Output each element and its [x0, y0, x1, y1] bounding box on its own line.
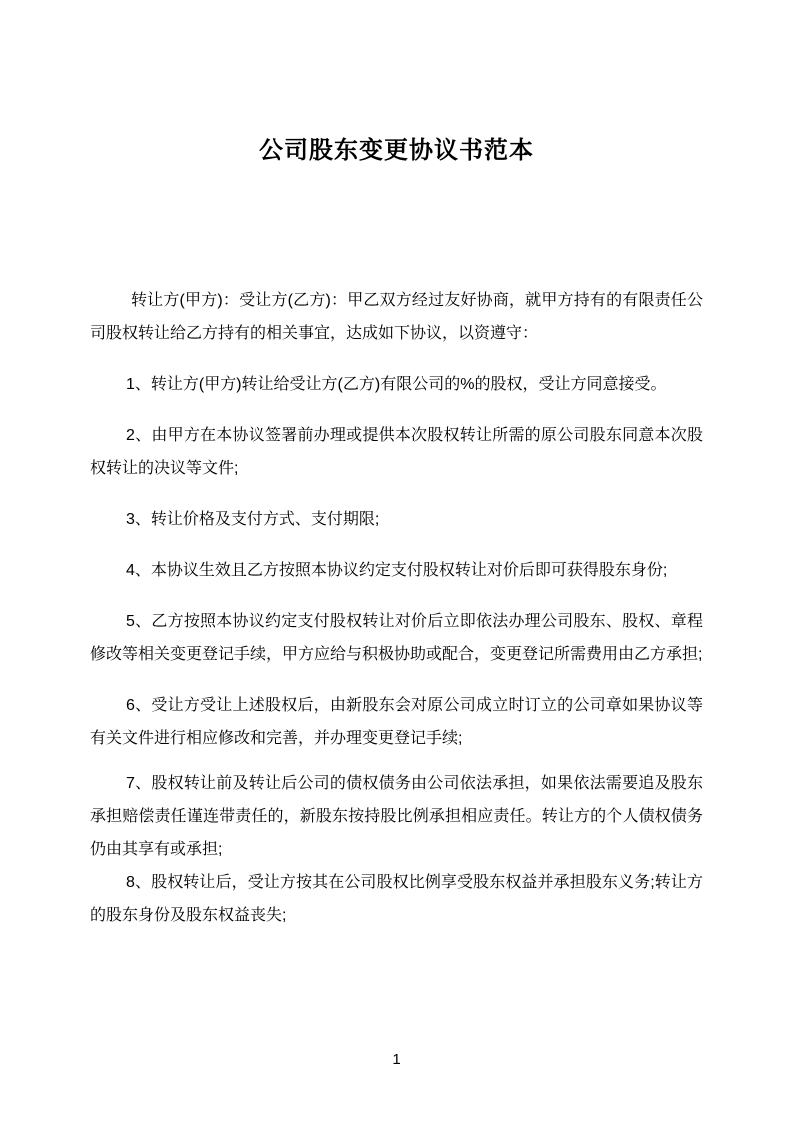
intro-paragraph: 转让方(甲方)：受让方(乙方)：甲乙双方经过友好协商，就甲方持有的有限责任公司股… [90, 284, 703, 350]
clause-paragraph-1: 1、转让方(甲方)转让给受让方(乙方)有限公司的%的股权，受让方同意接受。 [90, 368, 703, 401]
document-body: 转让方(甲方)：受让方(乙方)：甲乙双方经过友好协商，就甲方持有的有限责任公司股… [90, 284, 703, 932]
clause-paragraph-5: 5、乙方按照本协议约定支付股权转让对价后立即依法办理公司股东、股权、章程修改等相… [90, 605, 703, 671]
clause-paragraph-4: 4、本协议生效且乙方按照本协议约定支付股权转让对价后即可获得股东身份; [90, 554, 703, 587]
clause-paragraph-7: 7、股权转让前及转让后公司的债权债务由公司依法承担，如果依法需要追及股东承担赔偿… [90, 767, 703, 866]
document-title: 公司股东变更协议书范本 [0, 0, 793, 172]
clause-paragraph-2: 2、由甲方在本协议签署前办理或提供本次股权转让所需的原公司股东同意本次股权转让的… [90, 419, 703, 485]
clause-paragraph-6: 6、受让方受让上述股权后，由新股东会对原公司成立时订立的公司章如果协议等有关文件… [90, 689, 703, 755]
clause-paragraph-8: 8、股权转让后，受让方按其在公司股权比例享受股东权益并承担股东义务;转让方的股东… [90, 866, 703, 932]
page-number: 1 [0, 1049, 793, 1071]
clause-paragraph-3: 3、转让价格及支付方式、支付期限; [90, 503, 703, 536]
document-page: 公司股东变更协议书范本 转让方(甲方)：受让方(乙方)：甲乙双方经过友好协商，就… [0, 0, 793, 1122]
